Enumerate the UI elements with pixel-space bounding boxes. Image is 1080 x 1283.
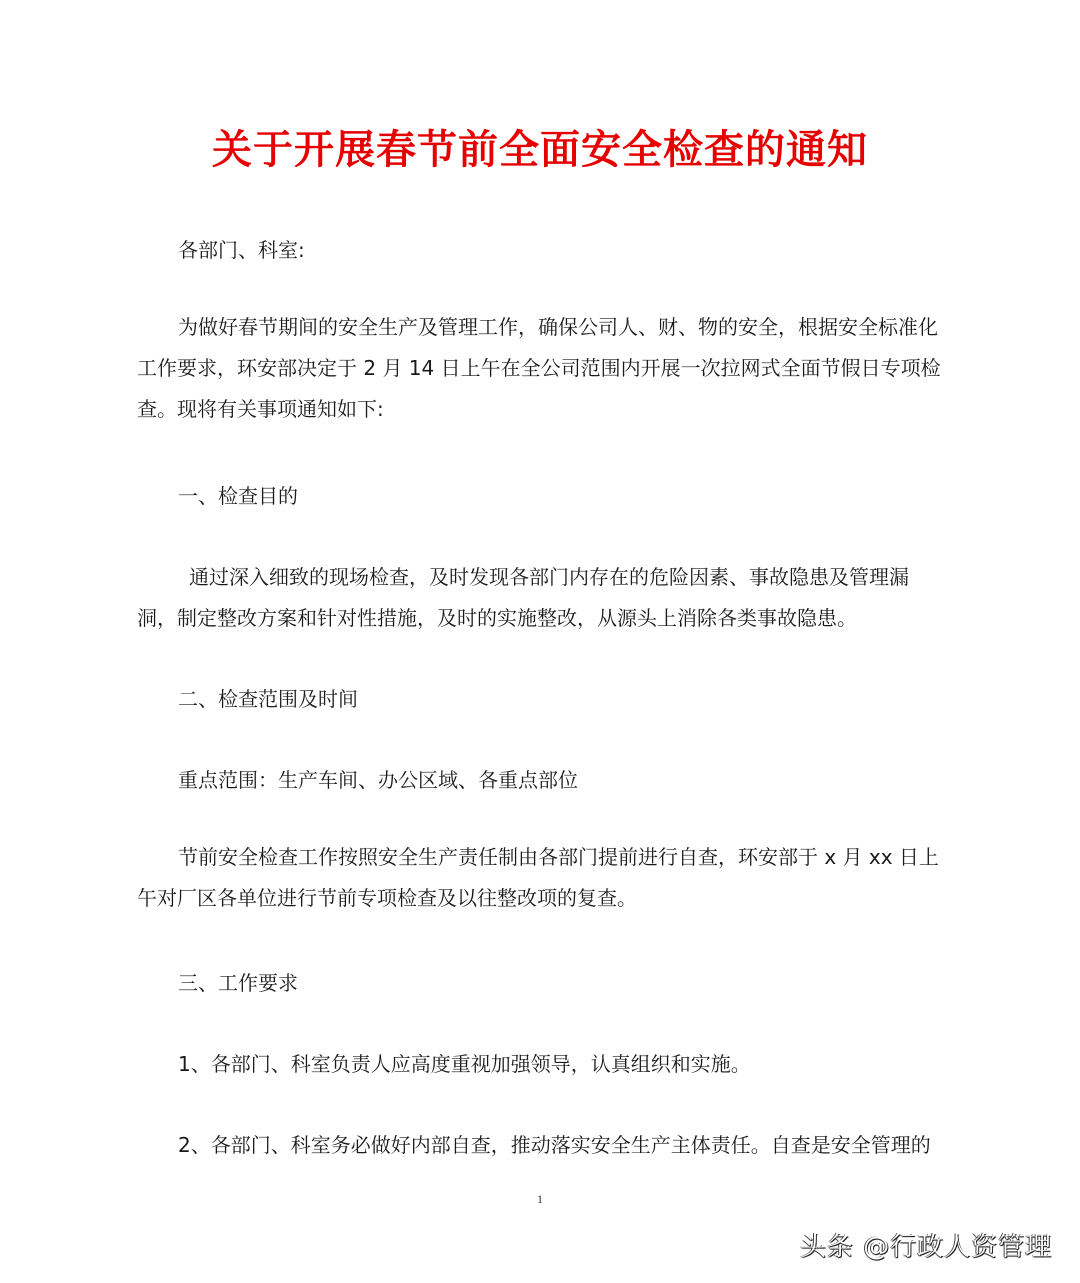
salutation: 各部门、科室:	[178, 234, 305, 263]
intro-paragraph: 为做好春节期间的安全生产及管理工作，确保公司人、财、物的安全，根据安全标准化工作…	[137, 307, 947, 430]
scope-paragraph: 重点范围：生产车间、办公区域、各重点部位	[178, 764, 578, 793]
section-heading-purpose: 一、检查目的	[178, 480, 298, 509]
section-heading-scope: 二、检查范围及时间	[178, 683, 358, 712]
purpose-paragraph: 通过深入细致的现场检查，及时发现各部门内存在的危险因素、事故隐患及管理漏洞，制定…	[137, 557, 947, 639]
section-heading-requirements: 三、工作要求	[178, 967, 298, 996]
watermark: 头条 @行政人资管理	[800, 1226, 1052, 1263]
requirement-item-1: 1、各部门、科室负责人应高度重视加强领导，认真组织和实施。	[178, 1048, 751, 1077]
document-title: 关于开展春节前全面安全检查的通知	[0, 118, 1080, 175]
requirement-item-2: 2、各部门、科室务必做好内部自查，推动落实安全生产主体责任。自查是安全管理的	[178, 1129, 931, 1158]
schedule-paragraph: 节前安全检查工作按照安全生产责任制由各部门提前进行自查，环安部于 x 月 xx …	[137, 837, 947, 919]
page-number: 1	[0, 1192, 1080, 1207]
